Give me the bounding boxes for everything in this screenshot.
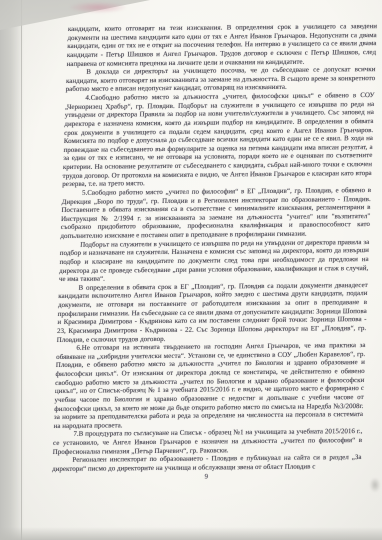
paragraph-item-7: 7.В процедурата по съгласуване на Списък… xyxy=(53,428,363,457)
paragraph-item-6: 6.Не отговаря на истината твърдението на… xyxy=(53,342,365,431)
photo-bottom-edge xyxy=(0,527,382,540)
scanned-document-photo: кандидати, които отговарят на тези изиск… xyxy=(0,0,382,540)
paragraph-eg-plovdiv-candidates: В определения в обявата срок в ЕГ „Пловд… xyxy=(57,282,368,345)
document-text-block: кандидати, които отговарят на тези изиск… xyxy=(52,23,377,483)
paragraph-continuation: кандидати, които отговарят на тези изиск… xyxy=(66,23,377,69)
paper-left-edge-line xyxy=(21,0,22,540)
paragraph-item-4: 4.Свободно работно място за длъжността „… xyxy=(62,92,375,190)
paragraph-regional-inspectorate: Регионален инспекторат по образованието … xyxy=(52,454,362,474)
paragraph-item-5: 5.Свободно работно място „учител по фило… xyxy=(60,187,371,242)
handwritten-smudge-mark xyxy=(70,2,126,13)
paragraph-director-report: В доклада си директорът на училището пос… xyxy=(66,66,376,95)
paragraph-selection-rules: Подборът на служители в училището се изв… xyxy=(59,239,370,285)
right-edge-speck xyxy=(370,478,380,492)
